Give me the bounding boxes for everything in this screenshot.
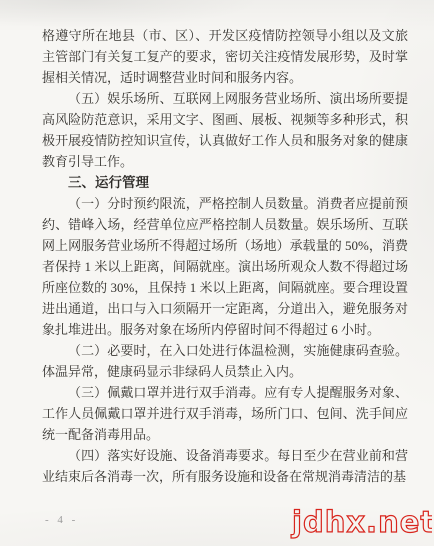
section-heading: 三、运行管理: [42, 172, 408, 193]
watermark-text: jdhx.net: [291, 505, 432, 539]
paragraph-continuation: 格遵守所在地县（市、区）、开发区疫情防控领导小组以及文旅主管部门有关复工复产的要…: [42, 25, 408, 88]
paragraph-item-5: （五）娱乐场所、互联网上网服务营业场所、演出场所要提高风险防范意识，采用文字、图…: [42, 88, 408, 172]
document-page: 格遵守所在地县（市、区）、开发区疫情防控领导小组以及文旅主管部门有关复工复产的要…: [0, 0, 434, 546]
page-number: - 4 -: [45, 514, 78, 526]
watermark: jdhx.net: [290, 500, 432, 542]
paragraph-item-1: （一）分时预约限流，严格控制人员数量。消费者应提前预约、错峰入场，经营单位应严格…: [42, 193, 408, 340]
paragraph-item-3: （三）佩戴口罩并进行双手消毒。应有专人提醒服务对象、工作人员佩戴口罩并进行双手消…: [42, 382, 408, 445]
paragraph-item-4: （四）落实好设施、设备消毒要求。每日至少在营业前和营业结束后各消毒一次，所有服务…: [42, 445, 408, 487]
paragraph-item-2: （二）必要时，在入口处进行体温检测，实施健康码查验。体温异常，健康码显示非绿码人…: [42, 340, 408, 382]
